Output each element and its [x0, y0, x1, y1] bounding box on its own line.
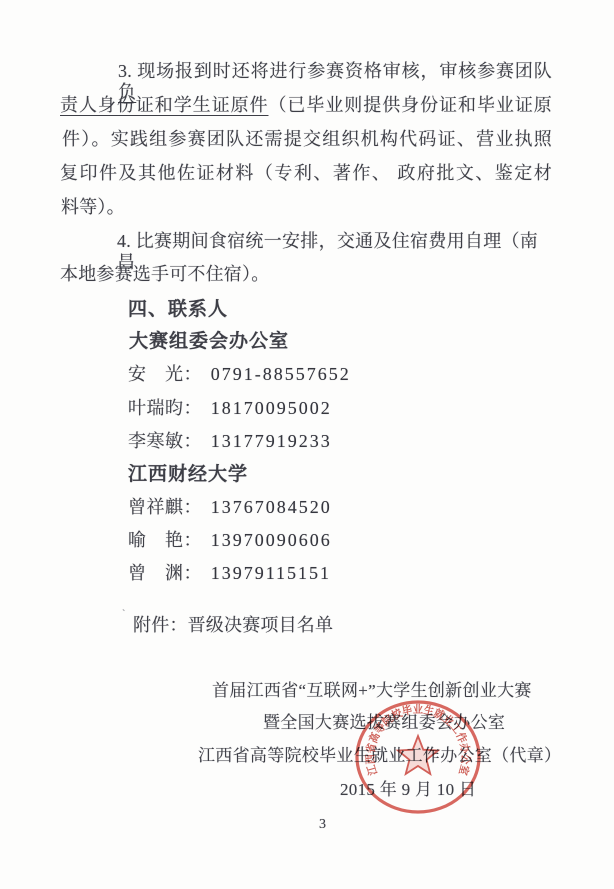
- contact-phone: 13979115151: [211, 563, 331, 583]
- contact-row: 曾 渊：13979115151: [128, 563, 331, 584]
- group2-heading: 江西财经大学: [128, 464, 248, 486]
- contact-row: 李寒敏：13177919233: [128, 431, 332, 452]
- para3-line2: 责人身份证和学生证原件（已毕业则提供身份证和毕业证原: [60, 95, 552, 116]
- contact-phone: 18170095002: [211, 398, 332, 418]
- document-page: 3. 现场报到时还将进行参赛资格审核，审核参赛团队负 责人身份证和学生证原件（已…: [0, 0, 614, 889]
- contact-row: 曾祥麒：13767084520: [128, 497, 332, 518]
- para3-line5: 料等）。: [61, 197, 125, 218]
- contact-colon: ：: [184, 563, 202, 583]
- contact-name: 喻 艳: [128, 530, 184, 550]
- attachment-line: 附件：晋级决赛项目名单: [133, 615, 333, 636]
- contact-name: 安 光: [128, 364, 184, 384]
- para3-line3: 件）。实践组参赛团队还需提交组织机构代码证、营业执照: [62, 129, 552, 150]
- para4-line2: 本地参赛选手可不住宿）。: [60, 264, 269, 285]
- group1-heading: 大赛组委会办公室: [129, 331, 289, 353]
- contact-name: 曾 渊: [128, 563, 184, 583]
- contact-phone: 13177919233: [211, 431, 332, 451]
- contact-row: 叶瑞昀：18170095002: [128, 398, 332, 419]
- contact-name: 李寒敏: [128, 431, 184, 451]
- contact-phone: 13970090606: [211, 530, 332, 550]
- page-number: 3: [319, 817, 326, 834]
- contact-colon: ：: [184, 364, 202, 384]
- contact-colon: ：: [184, 497, 202, 517]
- contact-colon: ：: [184, 530, 202, 550]
- official-seal-stamp: 江西省高等院校毕业生就业工作办公室: [352, 699, 484, 821]
- contact-name: 曾祥麒: [128, 497, 184, 517]
- contact-row: 喻 艳：13970090606: [128, 530, 332, 551]
- section-heading-contacts: 四、联系人: [128, 299, 228, 321]
- para3-line4: 复印件及其他佐证材料（专利、著作、 政府批文、鉴定材: [60, 163, 552, 184]
- stray-scan-mark: `: [122, 609, 125, 621]
- contact-phone: 0791-88557652: [211, 364, 351, 384]
- contact-colon: ：: [184, 431, 202, 451]
- para3-line1-text: 3. 现场报到时还将进行参赛资格审核，审核参赛团队: [118, 61, 552, 81]
- seal-star-icon: [398, 736, 438, 774]
- contact-name: 叶瑞昀: [128, 398, 184, 418]
- contact-phone: 13767084520: [211, 497, 332, 517]
- contact-row: 安 光：0791-88557652: [128, 364, 351, 385]
- para3-line2-underlined: 责人身份证和学生证原件: [60, 95, 268, 115]
- para3-line2-text: （已毕业则提供身份证和毕业证原: [268, 95, 552, 115]
- contact-colon: ：: [184, 398, 202, 418]
